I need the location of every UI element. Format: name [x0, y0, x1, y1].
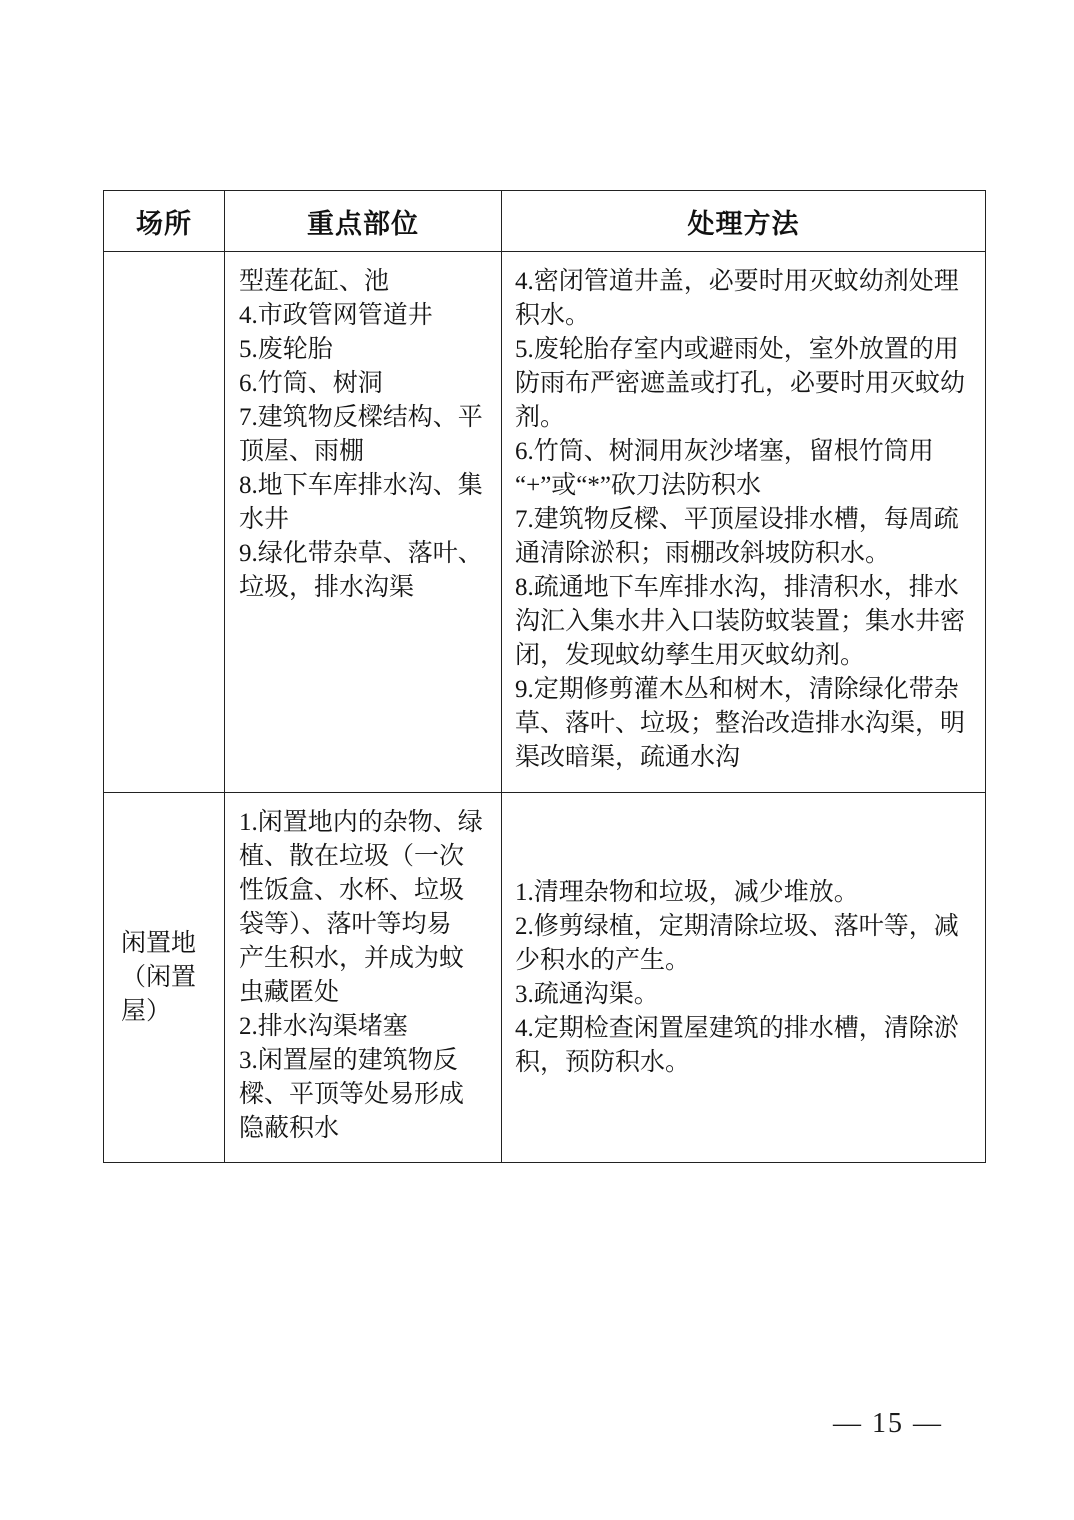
key-part-item: 型莲花缸、池 [239, 265, 491, 299]
mosquito-control-table: 场所 重点部位 处理方法 型莲花缸、池 4.市政管网管道井 5.废轮胎 6.竹筒… [103, 190, 986, 1163]
place-cell [104, 252, 225, 793]
method-item: 8.疏通地下车库排水沟，排清积水，排水 沟汇入集水井入口装防蚊装置；集水井密 闭… [515, 571, 972, 673]
place-cell: 闲置地（闲置屋） [104, 793, 225, 1163]
table-row: 闲置地（闲置屋） 1.闲置地内的杂物、绿 植、散在垃圾（一次 性饭盒、水杯、垃圾… [104, 793, 986, 1163]
method-item: 5.废轮胎存室内或避雨处，室外放置的用 防雨布严密遮盖或打孔，必要时用灭蚊幼 剂… [515, 333, 972, 435]
page-number: — 15 — [813, 1408, 963, 1440]
method-item: 3.疏通沟渠。 [515, 978, 972, 1012]
key-parts-cell: 1.闲置地内的杂物、绿 植、散在垃圾（一次 性饭盒、水杯、垃圾 袋等）、落叶等均… [225, 793, 502, 1163]
key-part-item: 1.闲置地内的杂物、绿 植、散在垃圾（一次 性饭盒、水杯、垃圾 袋等）、落叶等均… [239, 806, 491, 1010]
method-item: 9.定期修剪灌木丛和树木，清除绿化带杂 草、落叶、垃圾；整治改造排水沟渠，明 渠… [515, 673, 972, 775]
method-item: 4.定期检查闲置屋建筑的排水槽，清除淤 积，预防积水。 [515, 1012, 972, 1080]
column-header-place: 场所 [104, 191, 225, 252]
method-item: 6.竹筒、树洞用灰沙堵塞，留根竹筒用 “+”或“*”砍刀法防积水 [515, 435, 972, 503]
key-part-item: 9.绿化带杂草、落叶、 垃圾，排水沟渠 [239, 537, 491, 605]
table-row: 型莲花缸、池 4.市政管网管道井 5.废轮胎 6.竹筒、树洞 7.建筑物反樑结构… [104, 252, 986, 793]
key-part-item: 4.市政管网管道井 [239, 299, 491, 333]
key-part-item: 5.废轮胎 [239, 333, 491, 367]
key-part-item: 6.竹筒、树洞 [239, 367, 491, 401]
method-item: 4.密闭管道井盖，必要时用灭蚊幼剂处理 积水。 [515, 265, 972, 333]
table-header-row: 场所 重点部位 处理方法 [104, 191, 986, 252]
method-item: 2.修剪绿植，定期清除垃圾、落叶等，减 少积水的产生。 [515, 910, 972, 978]
column-header-key-parts: 重点部位 [225, 191, 502, 252]
key-parts-cell: 型莲花缸、池 4.市政管网管道井 5.废轮胎 6.竹筒、树洞 7.建筑物反樑结构… [225, 252, 502, 793]
key-part-item: 3.闲置屋的建筑物反 樑、平顶等处易形成 隐蔽积水 [239, 1044, 491, 1146]
method-item: 7.建筑物反樑、平顶屋设排水槽，每周疏 通清除淤积；雨棚改斜坡防积水。 [515, 503, 972, 571]
key-part-item: 2.排水沟渠堵塞 [239, 1010, 491, 1044]
column-header-methods: 处理方法 [502, 191, 986, 252]
methods-cell: 4.密闭管道井盖，必要时用灭蚊幼剂处理 积水。 5.废轮胎存室内或避雨处，室外放… [502, 252, 986, 793]
document-page: 场所 重点部位 处理方法 型莲花缸、池 4.市政管网管道井 5.废轮胎 6.竹筒… [0, 0, 1074, 1520]
method-item: 1.清理杂物和垃圾，减少堆放。 [515, 876, 972, 910]
methods-cell: 1.清理杂物和垃圾，减少堆放。 2.修剪绿植，定期清除垃圾、落叶等，减 少积水的… [502, 793, 986, 1163]
key-part-item: 8.地下车库排水沟、集 水井 [239, 469, 491, 537]
key-part-item: 7.建筑物反樑结构、平 顶屋、雨棚 [239, 401, 491, 469]
